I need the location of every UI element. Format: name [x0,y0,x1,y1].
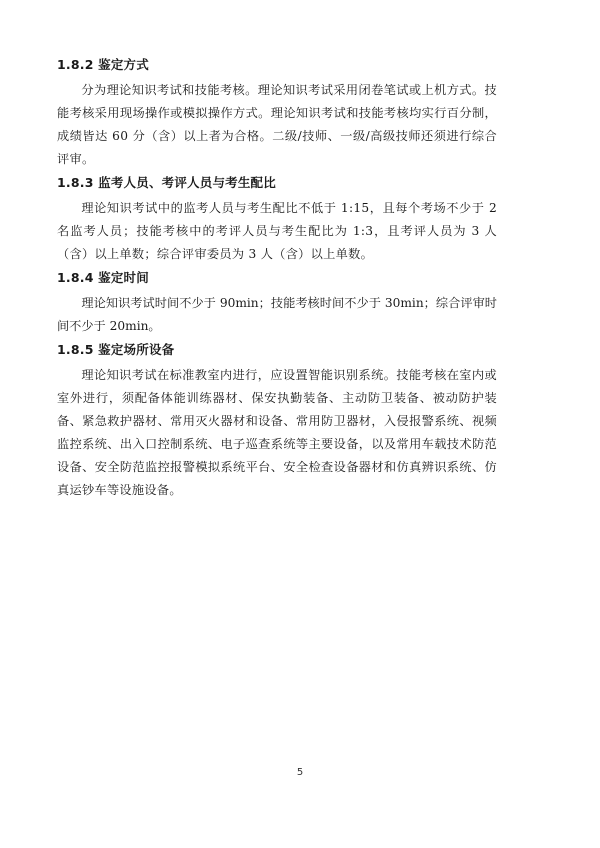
page-number: 5 [0,767,600,778]
section-1-8-3: 1.8.3 监考人员、考评人员与考生配比 理论知识考试中的监考人员与考生配比不低… [57,174,497,266]
section-paragraph: 理论知识考试中的监考人员与考生配比不低于 1:15，且每个考场不少于 2 名监考… [57,197,497,266]
document-page: 1.8.2 鉴定方式 分为理论知识考试和技能考核。理论知识考试采用闭卷笔试或上机… [57,56,497,505]
section-paragraph: 理论知识考试时间不少于 90min；技能考核时间不少于 30min；综合评审时间… [57,292,497,338]
section-heading: 1.8.4 鉴定时间 [57,269,497,287]
section-1-8-2: 1.8.2 鉴定方式 分为理论知识考试和技能考核。理论知识考试采用闭卷笔试或上机… [57,56,497,171]
section-heading: 1.8.3 监考人员、考评人员与考生配比 [57,174,497,192]
section-heading: 1.8.2 鉴定方式 [57,56,497,74]
section-paragraph: 理论知识考试在标准教室内进行，应设置智能识别系统。技能考核在室内或室外进行，须配… [57,364,497,502]
section-paragraph: 分为理论知识考试和技能考核。理论知识考试采用闭卷笔试或上机方式。技能考核采用现场… [57,79,497,171]
section-1-8-5: 1.8.5 鉴定场所设备 理论知识考试在标准教室内进行，应设置智能识别系统。技能… [57,341,497,502]
section-1-8-4: 1.8.4 鉴定时间 理论知识考试时间不少于 90min；技能考核时间不少于 3… [57,269,497,338]
section-heading: 1.8.5 鉴定场所设备 [57,341,497,359]
